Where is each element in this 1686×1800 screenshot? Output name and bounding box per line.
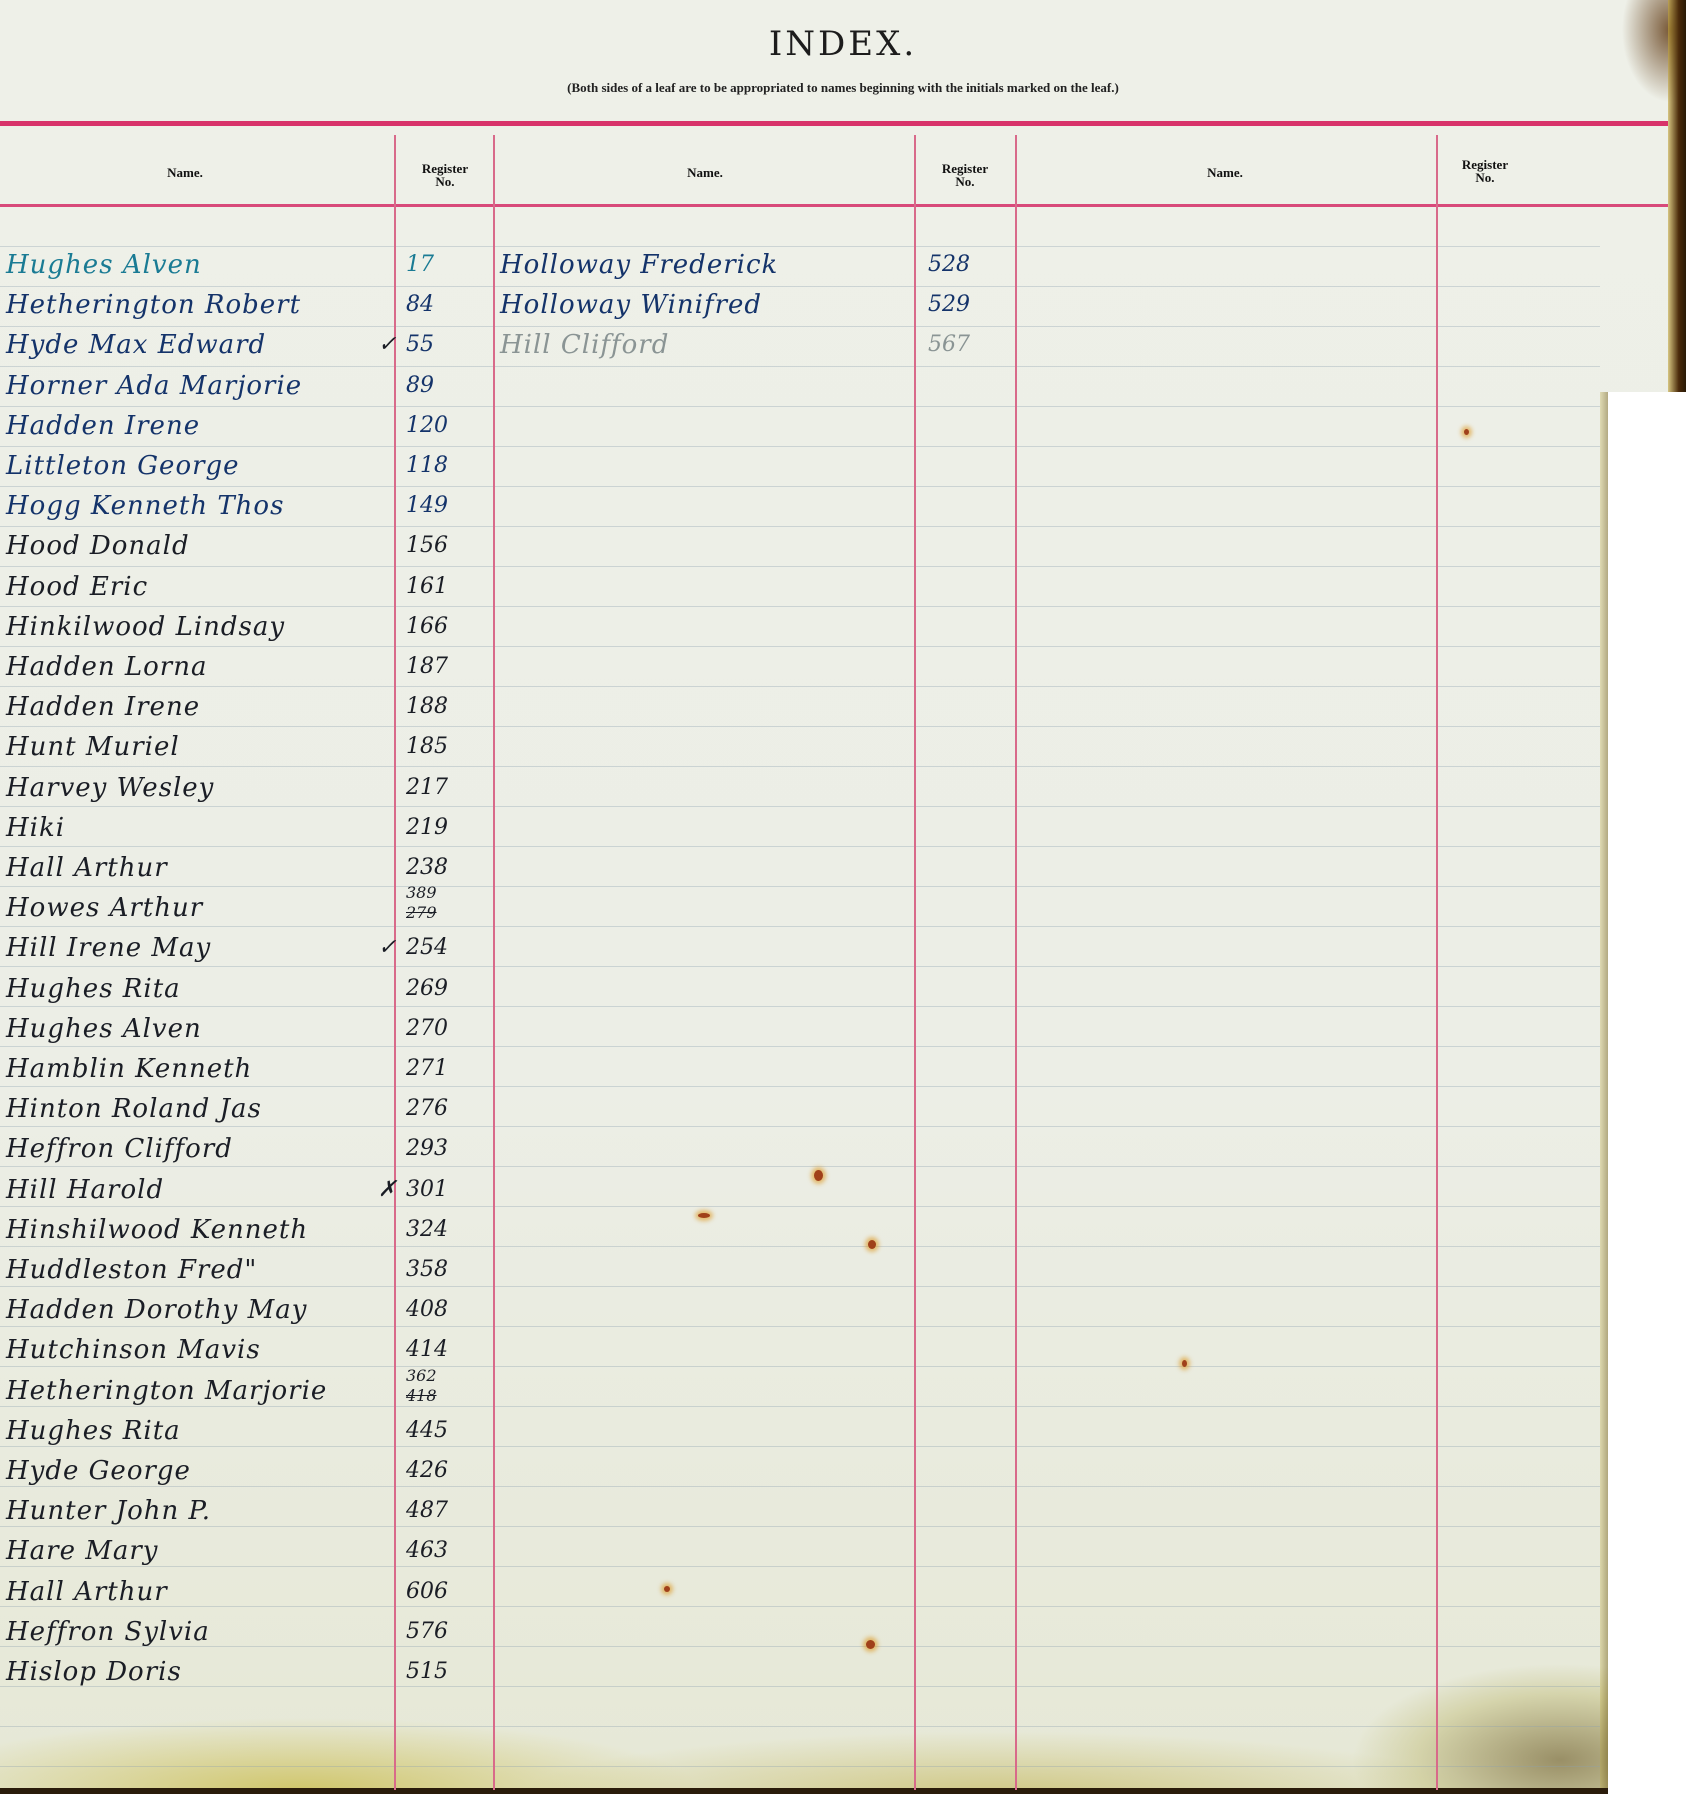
entry-name: Hughes Rita (6, 974, 181, 1004)
ruled-line (0, 686, 1600, 687)
register-number: 414 (406, 1337, 448, 1362)
register-number: 188 (406, 694, 448, 719)
entry-name: Hughes Rita (6, 1416, 181, 1446)
header-top-rule (0, 121, 1668, 126)
entry-name: Hyde George (6, 1456, 191, 1486)
register-number: 408 (406, 1297, 448, 1322)
entry-name: Hislop Doris (6, 1657, 182, 1687)
register-number: 161 (406, 574, 448, 599)
col2-name-header: Name. (640, 166, 770, 179)
register-number: 118 (406, 453, 448, 478)
register-number: 217 (406, 775, 448, 800)
page-bottom-edge (0, 1788, 1608, 1794)
entry-name: Hetherington Marjorie (6, 1376, 327, 1406)
register-number: 358 (406, 1257, 448, 1282)
entry-name: Hill Irene May (6, 933, 211, 963)
register-number: 166 (406, 614, 448, 639)
register-label-no: No. (400, 175, 490, 188)
foxing-spot (866, 1640, 875, 1649)
register-number: 528 (928, 252, 970, 277)
ruled-line (0, 606, 1600, 607)
entry-name: Hare Mary (6, 1536, 159, 1566)
entry-name: Hughes Alven (6, 250, 202, 280)
register-number: 567 (928, 332, 970, 357)
entry-name: Hunter John P. (6, 1496, 211, 1526)
register-number: 17 (406, 252, 434, 277)
entry-name: Horner Ada Marjorie (6, 371, 302, 401)
register-number: 426 (406, 1458, 448, 1483)
entry-name: Heffron Clifford (6, 1134, 233, 1164)
entry-name: Hogg Kenneth Thos (6, 491, 284, 521)
header-bottom-rule (0, 204, 1668, 207)
entry-name: Hood Eric (6, 572, 148, 602)
register-number: 219 (406, 815, 448, 840)
register-number: 606 (406, 1579, 448, 1604)
page-subtitle: (Both sides of a leaf are to be appropri… (0, 80, 1686, 96)
foxing-spot (1182, 1360, 1187, 1367)
col3-register-header: Register No. (1440, 158, 1530, 184)
ruled-line (0, 1166, 1600, 1167)
column-divider (394, 135, 396, 1790)
entry-name: Huddleston Fred" (6, 1255, 257, 1285)
ruled-line (0, 446, 1600, 447)
ruled-line (0, 926, 1600, 927)
struck-register-number: 279 (406, 903, 437, 922)
ruled-line (0, 1406, 1600, 1407)
entry-name: Holloway Winifred (500, 290, 762, 320)
register-number: 120 (406, 413, 448, 438)
register-number: 276 (406, 1096, 448, 1121)
entry-name: Hinton Roland Jas (6, 1094, 262, 1124)
check-mark: ✗ (378, 1177, 396, 1202)
register-number: 185 (406, 734, 448, 759)
register-number: 238 (406, 855, 448, 880)
page-edge (1600, 392, 1608, 1793)
register-number: 362 (406, 1366, 437, 1385)
entry-name: Hill Clifford (500, 330, 669, 360)
register-number: 271 (406, 1056, 448, 1081)
ruled-line (0, 566, 1600, 567)
ruled-line (0, 806, 1600, 807)
register-number: 293 (406, 1136, 448, 1161)
col3-name-header: Name. (1160, 166, 1290, 179)
page-title: INDEX. (0, 24, 1686, 64)
struck-register-number: 418 (406, 1386, 437, 1405)
ruled-line (0, 1046, 1600, 1047)
entry-name: Hood Donald (6, 531, 190, 561)
column-divider (914, 135, 916, 1790)
ruled-line (0, 526, 1600, 527)
col1-register-header: Register No. (400, 162, 490, 188)
ruled-line (0, 1526, 1600, 1527)
ruled-line (0, 486, 1600, 487)
foxing-spot (814, 1170, 823, 1181)
ruled-line (0, 1126, 1600, 1127)
entry-name: Holloway Frederick (500, 250, 778, 280)
ruled-line (0, 1326, 1600, 1327)
col1-name-header: Name. (120, 166, 250, 179)
column-divider (1015, 135, 1017, 1790)
entry-name: Hutchinson Mavis (6, 1335, 261, 1365)
background-margin (1608, 392, 1686, 1800)
register-number: 149 (406, 493, 448, 518)
register-number: 84 (406, 292, 434, 317)
register-number: 389 (406, 883, 437, 902)
entry-name: Hadden Dorothy May (6, 1295, 307, 1325)
entry-name: Hadden Irene (6, 411, 200, 441)
entry-name: Hadden Irene (6, 692, 200, 722)
entry-name: Howes Arthur (6, 893, 203, 923)
register-label-no: No. (1440, 171, 1530, 184)
ruled-line (0, 286, 1600, 287)
register-number: 156 (406, 533, 448, 558)
foxing-spot (1464, 429, 1469, 435)
register-number: 269 (406, 976, 448, 1001)
entry-name: Hughes Alven (6, 1014, 202, 1044)
entry-name: Hinshilwood Kenneth (6, 1215, 308, 1245)
ruled-line (0, 1566, 1600, 1567)
register-number: 576 (406, 1619, 448, 1644)
column-divider (1436, 135, 1438, 1790)
entry-name: Harvey Wesley (6, 773, 214, 803)
register-label-no: No. (920, 175, 1010, 188)
foxing-spot (868, 1240, 876, 1249)
register-number: 445 (406, 1418, 448, 1443)
col2-register-header: Register No. (920, 162, 1010, 188)
register-number: 529 (928, 292, 970, 317)
entry-name: Hinkilwood Lindsay (6, 612, 285, 642)
ruled-line (0, 1486, 1600, 1487)
ruled-line (0, 246, 1600, 247)
register-number: 301 (406, 1177, 448, 1202)
entry-name: Littleton George (6, 451, 240, 481)
entry-name: Heffron Sylvia (6, 1617, 210, 1647)
ruled-line (0, 846, 1600, 847)
entry-name: Hetherington Robert (6, 290, 301, 320)
check-mark: ✓ (378, 332, 396, 357)
ruled-line (0, 886, 1600, 887)
ruled-line (0, 1646, 1600, 1647)
foxing-spot (698, 1213, 710, 1218)
ruled-line (0, 406, 1600, 407)
register-number: 187 (406, 654, 448, 679)
register-number: 324 (406, 1217, 448, 1242)
ruled-line (0, 1206, 1600, 1207)
ruled-line (0, 1726, 1600, 1727)
register-number: 515 (406, 1659, 448, 1684)
register-number: 89 (406, 373, 434, 398)
ruled-line (0, 966, 1600, 967)
entry-name: Hamblin Kenneth (6, 1054, 252, 1084)
ruled-line (0, 726, 1600, 727)
entry-name: Hall Arthur (6, 853, 168, 883)
ruled-line (0, 1766, 1600, 1767)
ruled-line (0, 766, 1600, 767)
index-page (0, 0, 1686, 1793)
ruled-line (0, 646, 1600, 647)
entry-name: Hadden Lorna (6, 652, 207, 682)
entry-name: Hyde Max Edward (6, 330, 266, 360)
entry-name: Hill Harold (6, 1175, 164, 1205)
column-divider (493, 135, 495, 1790)
ruled-line (0, 1086, 1600, 1087)
ruled-line (0, 1366, 1600, 1367)
ruled-line (0, 1446, 1600, 1447)
entry-name: Hiki (6, 813, 65, 843)
register-number: 487 (406, 1498, 448, 1523)
ruled-line (0, 1286, 1600, 1287)
entry-name: Hunt Muriel (6, 732, 180, 762)
foxing-spot (664, 1586, 670, 1592)
ruled-line (0, 1606, 1600, 1607)
ruled-line (0, 1246, 1600, 1247)
register-number: 254 (406, 935, 448, 960)
register-number: 270 (406, 1016, 448, 1041)
register-number: 55 (406, 332, 434, 357)
check-mark: ✓ (378, 935, 396, 960)
ruled-line (0, 366, 1600, 367)
register-number: 463 (406, 1538, 448, 1563)
ruled-line (0, 1686, 1600, 1687)
ruled-line (0, 1006, 1600, 1007)
ruled-line (0, 326, 1600, 327)
entry-name: Hall Arthur (6, 1577, 168, 1607)
